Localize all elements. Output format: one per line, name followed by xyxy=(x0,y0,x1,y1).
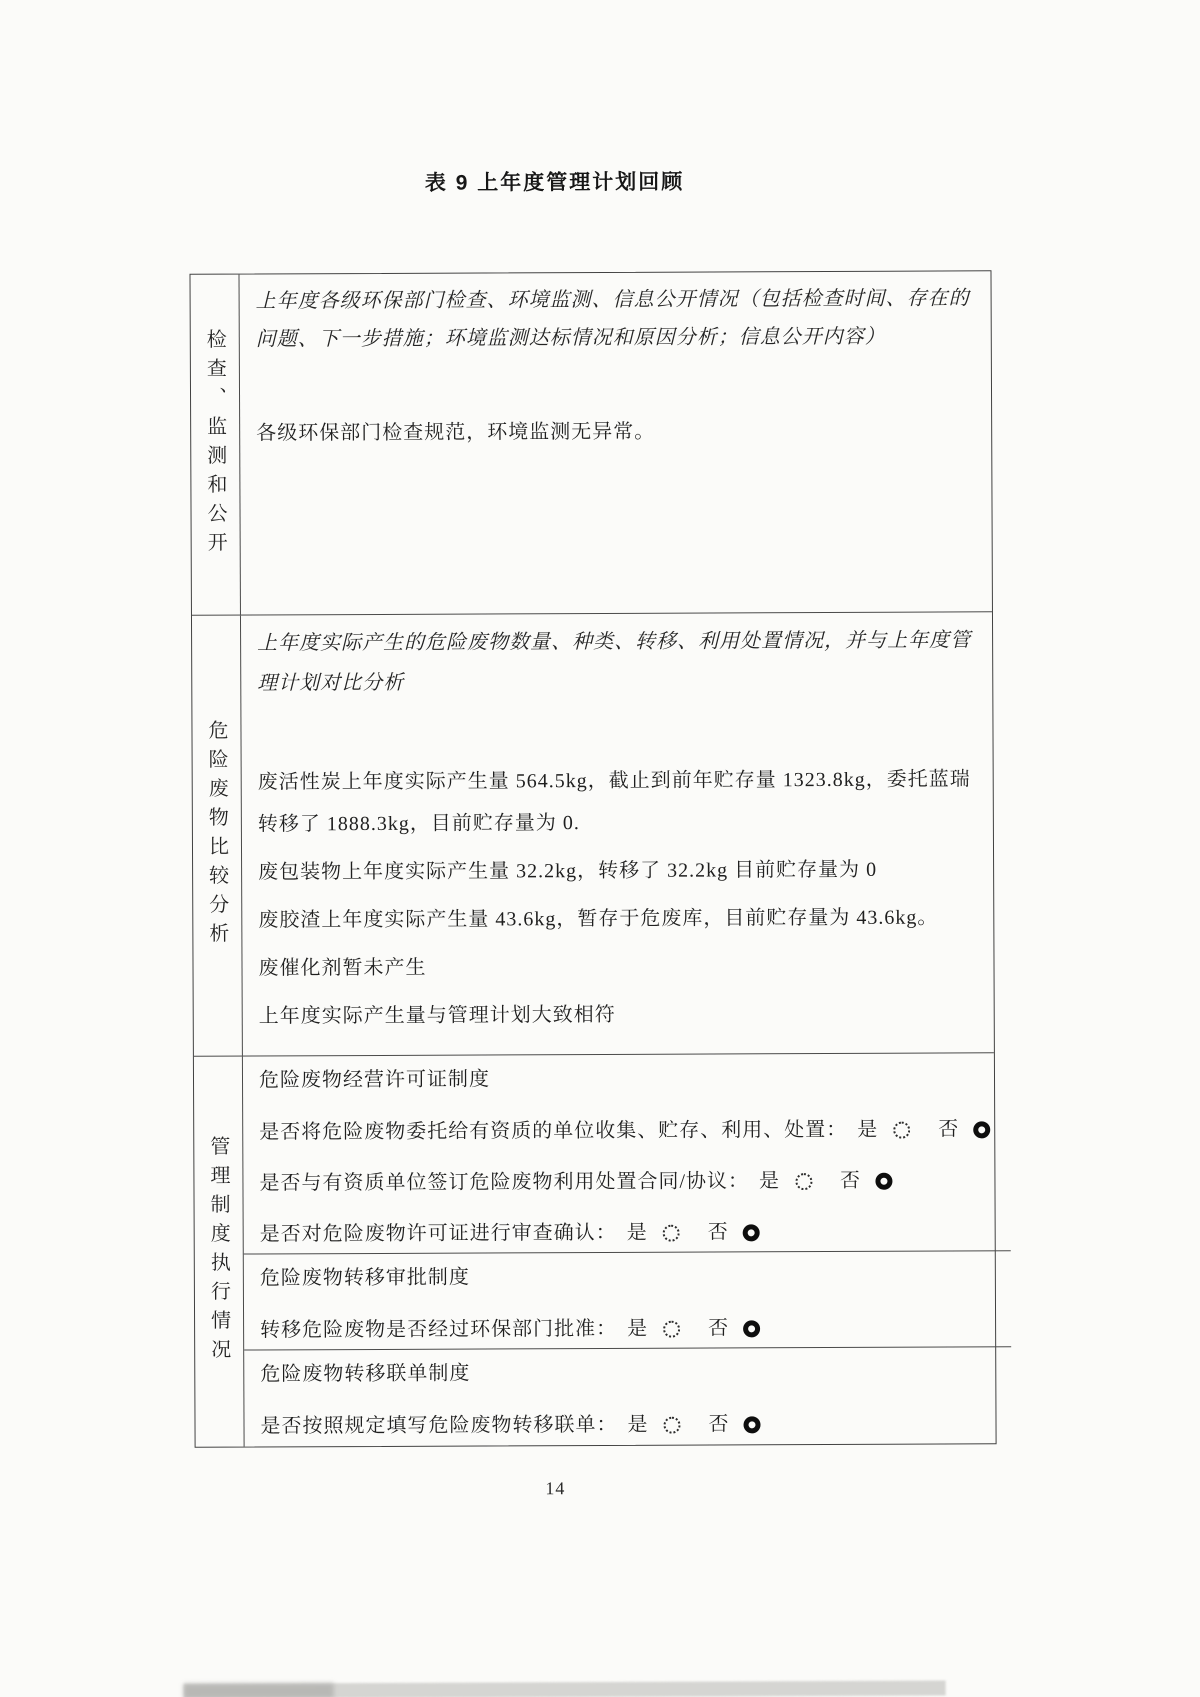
cell-paragraph: 废活性炭上年度实际产生量 564.5kg，截止到前年贮存量 1323.8kg，委… xyxy=(258,758,973,845)
option-no-label: 否 xyxy=(938,1114,959,1144)
question-text: 是否对危险废物许可证进行审查确认： xyxy=(260,1218,617,1250)
cell-paragraph: 各级环保部门检查规范，环境监测无异常。 xyxy=(256,409,971,454)
cell-header-text: 上年度各级环保部门检查、环境监测、信息公开情况（包括检查时间、存在的问题、下一步… xyxy=(256,279,971,358)
section-operating-permit: 危险废物经营许可证制度 是否将危险废物委托给有资质的单位收集、贮存、利用、处置：… xyxy=(243,1053,1011,1254)
radio-selected-icon xyxy=(875,1172,892,1189)
page-number: 14 xyxy=(3,1476,1108,1502)
cell-body: 废活性炭上年度实际产生量 564.5kg，截止到前年贮存量 1323.8kg，委… xyxy=(258,758,974,1037)
option-no-label: 否 xyxy=(708,1313,729,1343)
table-row-inspection-monitoring: 检查、监测和公开 上年度各级环保部门检查、环境监测、信息公开情况（包括检查时间、… xyxy=(190,271,991,615)
row-label-cell: 管理制度执行情况 xyxy=(194,1057,245,1447)
question-line: 是否与有资质单位签订危险废物利用处置合同/协议： 是 否 xyxy=(259,1165,990,1198)
section-transfer-manifest: 危险废物转移联单制度 是否按照规定填写危险废物转移联单： 是 否 xyxy=(244,1347,1011,1446)
option-yes-label: 是 xyxy=(759,1166,780,1196)
question-line: 是否按照规定填写危险废物转移联单： 是 否 xyxy=(260,1408,991,1441)
option-yes-label: 是 xyxy=(627,1218,648,1248)
cell-header-text: 上年度实际产生的危险废物数量、种类、转移、利用处置情况，并与上年度管理计划对比分… xyxy=(257,620,972,703)
radio-unselected-icon xyxy=(663,1416,680,1433)
question-text: 转移危险废物是否经过环保部门批准： xyxy=(260,1314,617,1346)
table-row-management-systems: 管理制度执行情况 危险废物经营许可证制度 是否将危险废物委托给有资质的单位收集、… xyxy=(194,1053,996,1446)
cell-paragraph: 废催化剂暂未产生 xyxy=(258,944,973,989)
section-title: 危险废物转移审批制度 xyxy=(260,1259,991,1294)
radio-selected-icon xyxy=(743,1416,760,1433)
radio-selected-icon xyxy=(743,1320,760,1337)
question-text: 是否将危险废物委托给有资质的单位收集、贮存、利用、处置： xyxy=(259,1115,847,1148)
question-line: 转移危险废物是否经过环保部门批准： 是 否 xyxy=(260,1312,991,1345)
management-plan-review-table: 检查、监测和公开 上年度各级环保部门检查、环境监测、信息公开情况（包括检查时间、… xyxy=(189,270,996,1447)
row-label-waste-comparison: 危险废物比较分析 xyxy=(202,720,232,952)
radio-selected-icon xyxy=(973,1121,990,1138)
scanned-document-page: 表 9 上年度管理计划回顾 检查、监测和公开 上年度各级环保部门检查、环境监测、… xyxy=(0,0,1200,1697)
management-system-sections: 危险废物经营许可证制度 是否将危险废物委托给有资质的单位收集、贮存、利用、处置：… xyxy=(243,1053,1012,1446)
next-page-scan-artifact xyxy=(184,1680,946,1697)
section-title: 危险废物转移联单制度 xyxy=(260,1355,991,1390)
row-label-cell: 危险废物比较分析 xyxy=(192,616,243,1056)
question-text: 是否按照规定填写危险废物转移联单： xyxy=(260,1410,617,1442)
question-text: 是否与有资质单位签订危险废物利用处置合同/协议： xyxy=(259,1166,749,1198)
option-no-label: 否 xyxy=(708,1409,729,1439)
radio-unselected-icon xyxy=(663,1224,680,1241)
row-label-management-systems: 管理制度执行情况 xyxy=(204,1136,234,1368)
cell-paragraph: 废胶渣上年度实际产生量 43.6kg，暂存于危废库，目前贮存量为 43.6kg。 xyxy=(258,896,973,941)
row-label-cell: 检查、监测和公开 xyxy=(190,275,240,615)
question-line: 是否将危险废物委托给有资质的单位收集、贮存、利用、处置： 是 否 xyxy=(259,1114,990,1147)
radio-unselected-icon xyxy=(893,1121,910,1138)
table-row-waste-comparison: 危险废物比较分析 上年度实际产生的危险废物数量、种类、转移、利用处置情况，并与上… xyxy=(192,612,994,1056)
cell-paragraph: 废包装物上年度实际产生量 32.2kg，转移了 32.2kg 目前贮存量为 0 xyxy=(258,848,973,893)
row-label-inspection: 检查、监测和公开 xyxy=(200,329,230,561)
row-content-cell: 上年度实际产生的危险废物数量、种类、转移、利用处置情况，并与上年度管理计划对比分… xyxy=(241,612,994,1055)
option-yes-label: 是 xyxy=(857,1115,878,1145)
option-no-label: 否 xyxy=(708,1217,729,1247)
option-yes-label: 是 xyxy=(627,1410,648,1440)
radio-selected-icon xyxy=(743,1224,760,1241)
option-yes-label: 是 xyxy=(627,1314,648,1344)
cell-paragraph: 上年度实际产生量与管理计划大致相符 xyxy=(259,992,974,1037)
section-title: 危险废物经营许可证制度 xyxy=(259,1061,990,1096)
section-transfer-approval: 危险废物转移审批制度 转移危险废物是否经过环保部门批准： 是 否 xyxy=(244,1251,1011,1350)
question-line: 是否对危险废物许可证进行审查确认： 是 否 xyxy=(260,1216,991,1249)
option-no-label: 否 xyxy=(840,1166,861,1196)
row-content-cell: 上年度各级环保部门检查、环境监测、信息公开情况（包括检查时间、存在的问题、下一步… xyxy=(239,271,991,614)
table-title: 表 9 上年度管理计划回顾 xyxy=(0,164,1112,199)
radio-unselected-icon xyxy=(663,1320,680,1337)
radio-unselected-icon xyxy=(795,1173,812,1190)
